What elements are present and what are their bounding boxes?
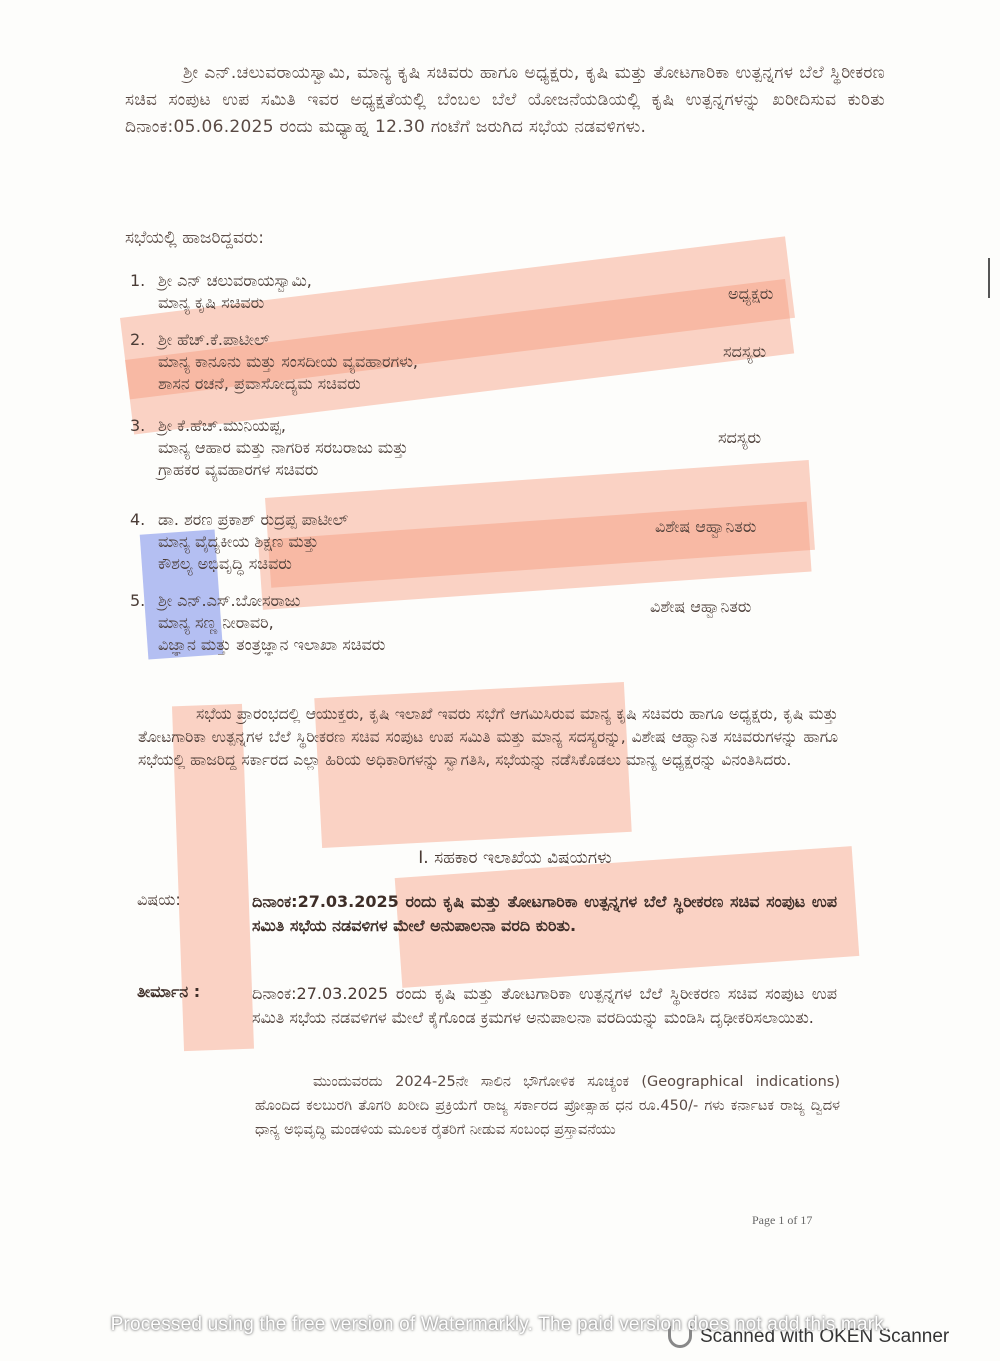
decision-text: ದಿನಾಂಕ:27.03.2025 ರಂದು ಕೃಷಿ ಮತ್ತು ತೋಟಗಾರ… — [252, 982, 837, 1030]
attendee-number: 2. — [130, 329, 158, 351]
continuation-paragraph: ಮುಂದುವರದು 2024-25ನೇ ಸಾಲಿನ ಭೌಗೋಳಿಕ ಸೂಚ್ಯಂ… — [255, 1070, 840, 1142]
opening-paragraph: ಸಭೆಯ ಪ್ರಾರಂಭದಲ್ಲಿ ಆಯುಕ್ತರು, ಕೃಷಿ ಇಲಾಖೆ ಇ… — [138, 703, 838, 772]
attendee-3: 3.ಶ್ರೀ ಕೆ.ಹೆಚ್.ಮುನಿಯಪ್ಪ, ಮಾನ್ಯ ಆಹಾರ ಮತ್ತ… — [130, 415, 408, 481]
attendee-number: 5. — [130, 590, 158, 612]
scanned-document-page: ಶ್ರೀ ಎನ್.ಚಲುವರಾಯಸ್ವಾಮಿ, ಮಾನ್ಯ ಕೃಷಿ ಸಚಿವರ… — [0, 0, 1000, 1361]
attendee-role: ವಿಶೇಷ ಆಹ್ವಾನಿತರು — [655, 517, 756, 537]
intro-text: ಶ್ರೀ ಎನ್.ಚಲುವರಾಯಸ್ವಾಮಿ, ಮಾನ್ಯ ಕೃಷಿ ಸಚಿವರ… — [125, 60, 885, 141]
attendee-name: ಶ್ರೀ ಎನ್ ಚಲುವರಾಯಸ್ವಾಮಿ, — [158, 271, 312, 290]
watermark-text: Processed using the free version of Wate… — [0, 1314, 1000, 1336]
attendee-name: ಶ್ರೀ ಹೆಚ್.ಕೆ.ಪಾಟೀಲ್ — [158, 330, 270, 349]
subject-label: ವಿಷಯ: — [137, 890, 252, 938]
attendee-designation: ಮಾನ್ಯ ಕೃಷಿ ಸಚಿವರು — [130, 292, 312, 314]
attendee-designation: ಮಾನ್ಯ ಸಣ್ಣ ನೀರಾವರಿ, — [130, 612, 385, 634]
decision-label: ತೀರ್ಮಾನ : — [137, 982, 252, 1030]
attendee-name: ಡಾ. ಶರಣ ಪ್ರಕಾಶ್ ರುದ್ರಪ್ಪ ಪಾಟೀಲ್ — [158, 510, 348, 529]
attendee-role: ಸದಸ್ಯರು — [718, 428, 761, 448]
attendee-name: ಶ್ರೀ ಕೆ.ಹೆಚ್.ಮುನಿಯಪ್ಪ, — [158, 416, 286, 435]
attendee-number: 4. — [130, 509, 158, 531]
attendee-name: ಶ್ರೀ ಎನ್.ಎಸ್.ಬೋಸರಾಜು — [158, 591, 300, 610]
attendee-number: 1. — [130, 270, 158, 292]
subject-text: ದಿನಾಂಕ:27.03.2025 ರಂದು ಕೃಷಿ ಮತ್ತು ತೋಟಗಾರ… — [252, 890, 837, 938]
opening-text: ಸಭೆಯ ಪ್ರಾರಂಭದಲ್ಲಿ ಆಯುಕ್ತರು, ಕೃಷಿ ಇಲಾಖೆ ಇ… — [138, 703, 838, 772]
attendee-designation: ಕೌಶಲ್ಯ ಅಭಿವೃದ್ಧಿ ಸಚಿವರು — [130, 553, 348, 575]
attendee-designation: ವಿಜ್ಞಾನ ಮತ್ತು ತಂತ್ರಜ್ಞಾನ ಇಲಾಖಾ ಸಚಿವರು — [130, 634, 385, 656]
scan-edge-mark — [988, 258, 990, 298]
intro-paragraph: ಶ್ರೀ ಎನ್.ಚಲುವರಾಯಸ್ವಾಮಿ, ಮಾನ್ಯ ಕೃಷಿ ಸಚಿವರ… — [125, 60, 885, 141]
attendee-designation: ಮಾನ್ಯ ಆಹಾರ ಮತ್ತು ನಾಗರಿಕ ಸರಬರಾಜು ಮತ್ತು — [130, 437, 408, 459]
attendee-5: 5.ಶ್ರೀ ಎನ್.ಎಸ್.ಬೋಸರಾಜು ಮಾನ್ಯ ಸಣ್ಣ ನೀರಾವರ… — [130, 590, 385, 656]
continuation-text: ಮುಂದುವರದು 2024-25ನೇ ಸಾಲಿನ ಭೌಗೋಳಿಕ ಸೂಚ್ಯಂ… — [255, 1070, 840, 1142]
page-number: Page 1 of 17 — [752, 1213, 812, 1228]
attendees-heading: ಸಭೆಯಲ್ಲಿ ಹಾಜರಿದ್ದವರು: — [125, 228, 264, 248]
attendee-designation: ಮಾನ್ಯ ಕಾನೂನು ಮತ್ತು ಸಂಸದೀಯ ವ್ಯವಹಾರಗಳು, — [130, 351, 418, 373]
attendee-designation: ಮಾನ್ಯ ವೈದ್ಯಕೀಯ ಶಿಕ್ಷಣ ಮತ್ತು — [130, 531, 348, 553]
attendee-number: 3. — [130, 415, 158, 437]
attendee-designation: ಶಾಸನ ರಚನೆ, ಪ್ರವಾಸೋದ್ಯಮ ಸಚಿವರು — [130, 373, 418, 395]
attendee-4: 4.ಡಾ. ಶರಣ ಪ್ರಕಾಶ್ ರುದ್ರಪ್ಪ ಪಾಟೀಲ್ ಮಾನ್ಯ … — [130, 509, 348, 575]
attendee-role: ವಿಶೇಷ ಆಹ್ವಾನಿತರು — [650, 597, 751, 617]
attendee-role: ಅಧ್ಯಕ್ಷರು — [728, 284, 773, 304]
attendee-2: 2.ಶ್ರೀ ಹೆಚ್.ಕೆ.ಪಾಟೀಲ್ ಮಾನ್ಯ ಕಾನೂನು ಮತ್ತು… — [130, 329, 418, 395]
attendee-1: 1.ಶ್ರೀ ಎನ್ ಚಲುವರಾಯಸ್ವಾಮಿ, ಮಾನ್ಯ ಕೃಷಿ ಸಚಿ… — [130, 270, 312, 314]
decision-row: ತೀರ್ಮಾನ : ದಿನಾಂಕ:27.03.2025 ರಂದು ಕೃಷಿ ಮತ… — [137, 982, 837, 1030]
subject-row: ವಿಷಯ: ದಿನಾಂಕ:27.03.2025 ರಂದು ಕೃಷಿ ಮತ್ತು … — [137, 890, 837, 938]
attendee-role: ಸದಸ್ಯರು — [723, 342, 766, 362]
section-title: I. ಸಹಕಾರ ಇಲಾಖೆಯ ವಿಷಯಗಳು — [0, 848, 1000, 868]
attendee-designation: ಗ್ರಾಹಕರ ವ್ಯವಹಾರಗಳ ಸಚಿವರು — [130, 459, 408, 481]
